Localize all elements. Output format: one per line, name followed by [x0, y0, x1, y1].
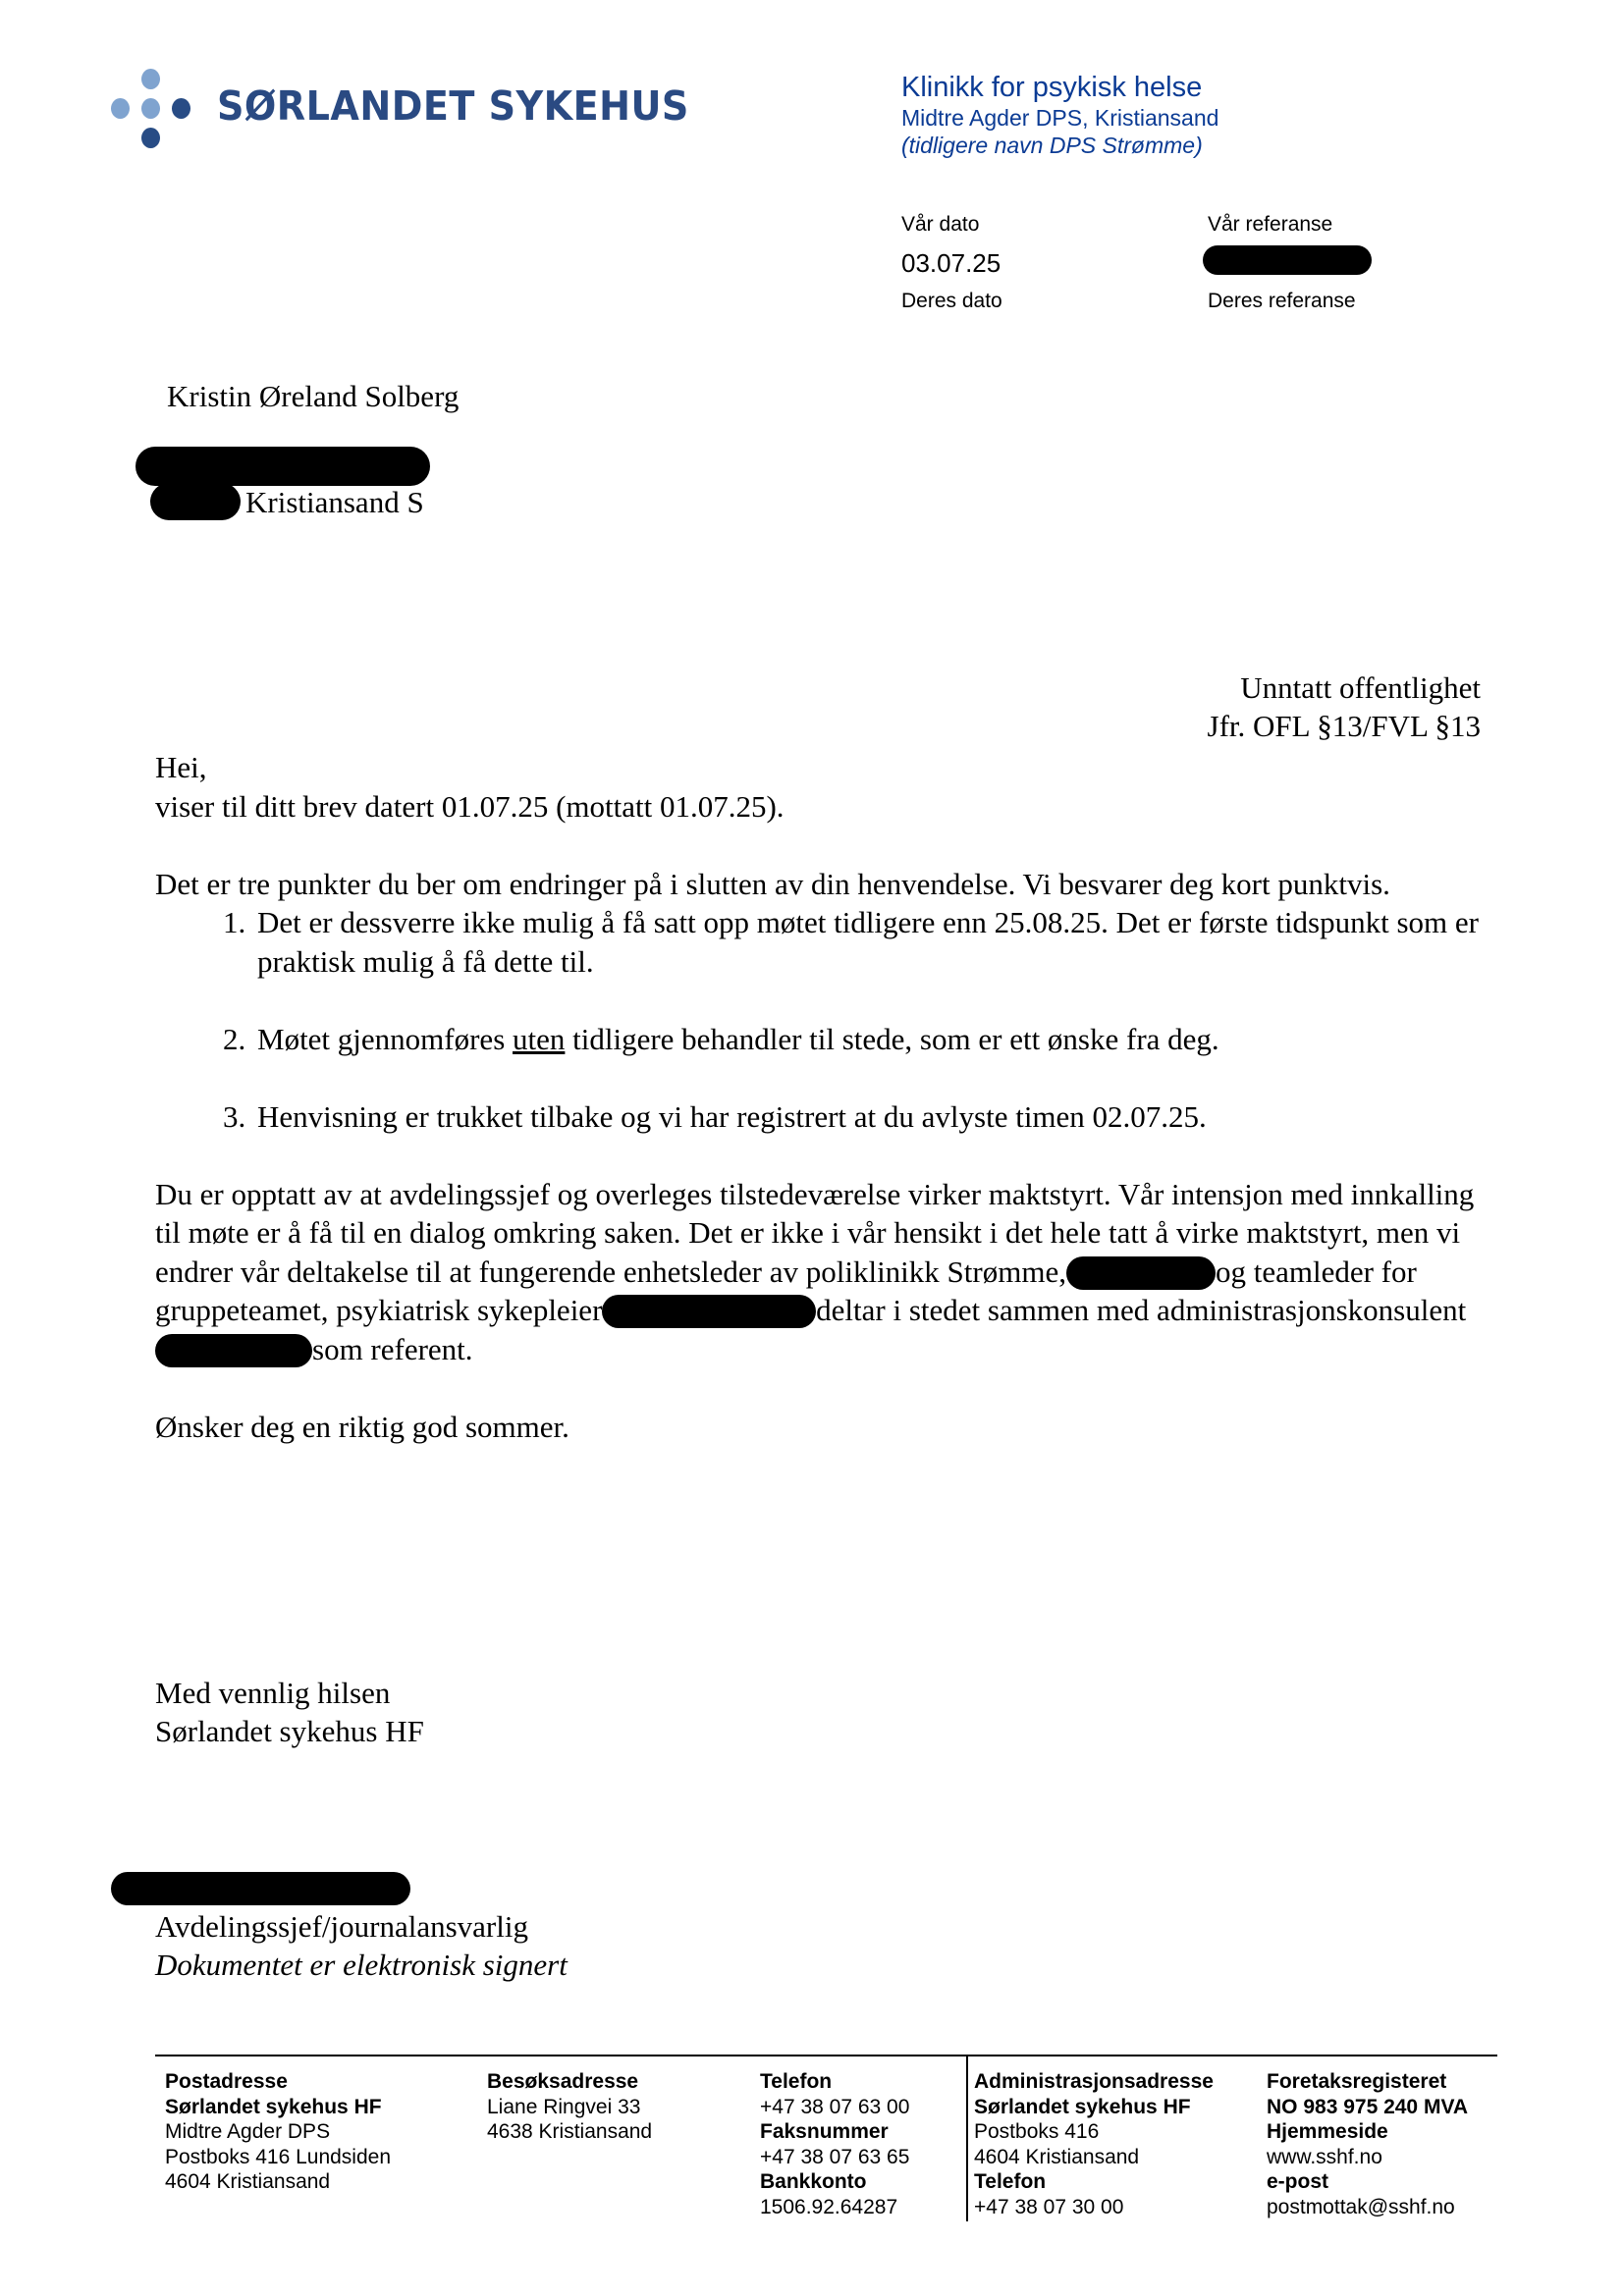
our-ref-redaction — [1203, 245, 1372, 275]
list-item: Det er dessverre ikke mulig å få satt op… — [253, 903, 1490, 981]
lead-text: Det er tre punkter du ber om endringer p… — [155, 865, 1490, 904]
list-item: Henvisning er trukket tilbake og vi har … — [253, 1097, 1490, 1137]
footer-visit-address: Besøksadresse Liane Ringvei 33 4638 Kris… — [487, 2069, 652, 2145]
name-redaction — [602, 1295, 816, 1328]
sender-org: Sørlandet sykehus HF — [155, 1714, 424, 1749]
former-name: (tidligere navn DPS Strømme) — [901, 132, 1218, 159]
classification-line1: Unntatt offentlighet — [1240, 670, 1481, 706]
points-list: Det er dessverre ikke mulig å få satt op… — [155, 903, 1490, 1136]
recipient-city: Kristiansand S — [245, 485, 424, 520]
participants-paragraph: Du er opptatt av at avdelingssjef og ove… — [155, 1175, 1490, 1369]
our-ref-label: Vår referanse — [1208, 213, 1332, 237]
recipient-name: Kristin Øreland Solberg — [167, 379, 459, 414]
list-item: Møtet gjennomføres uten tidligere behand… — [253, 1020, 1490, 1059]
our-date-label: Vår dato — [901, 213, 979, 237]
your-date-label: Deres dato — [901, 290, 1002, 313]
footer-postal-address: Postadresse Sørlandet sykehus HF Midtre … — [165, 2069, 391, 2195]
regards: Med vennlig hilsen — [155, 1676, 390, 1711]
footer-column-divider — [966, 2056, 968, 2221]
admin-phone-number[interactable]: +47 38 07 30 00 — [974, 2195, 1214, 2220]
signer-title: Avdelingssjef/journalansvarlig — [155, 1909, 528, 1945]
department-name: Midtre Agder DPS, Kristiansand — [901, 104, 1218, 132]
clinic-name: Klinikk for psykisk helse — [901, 71, 1218, 104]
logo-dot-icon — [141, 69, 160, 89]
hospital-logo: SØRLANDET SYKEHUS — [111, 69, 720, 162]
signer-name-redaction — [111, 1872, 410, 1905]
footer-divider — [155, 2055, 1497, 2056]
footer-admin-address: Administrasjonsadresse Sørlandet sykehus… — [974, 2069, 1214, 2219]
our-date: 03.07.25 — [901, 248, 1001, 279]
clinic-header: Klinikk for psykisk helse Midtre Agder D… — [901, 71, 1218, 159]
closing-wish: Ønsker deg en riktig god sommer. — [155, 1408, 1490, 1447]
signature-note: Dokumentet er elektronisk signert — [155, 1948, 568, 1983]
greeting: Hei, — [155, 748, 1490, 787]
footer-registry: Foretaksregisteret NO 983 975 240 MVA Hj… — [1267, 2069, 1468, 2219]
name-redaction — [155, 1334, 312, 1367]
footer-contact: Telefon +47 38 07 63 00 Faksnummer +47 3… — [760, 2069, 909, 2219]
logo-dot-icon — [141, 98, 160, 119]
your-ref-label: Deres referanse — [1208, 290, 1356, 313]
letter-body: Hei, viser til ditt brev datert 01.07.25… — [155, 748, 1490, 1446]
classification-line2: Jfr. OFL §13/FVL §13 — [1208, 709, 1481, 744]
logo-dot-icon — [172, 98, 190, 119]
logo-dot-icon — [111, 98, 130, 119]
recipient-address-redaction — [135, 447, 430, 486]
name-redaction — [1066, 1256, 1216, 1290]
logo-dot-icon — [141, 128, 160, 148]
phone-number[interactable]: +47 38 07 63 00 — [760, 2095, 909, 2120]
letter-page: SØRLANDET SYKEHUS Klinikk for psykisk he… — [0, 0, 1624, 2296]
website-link[interactable]: www.sshf.no — [1267, 2145, 1468, 2170]
recipient-postcode-redaction — [150, 483, 241, 520]
intro-text: viser til ditt brev datert 01.07.25 (mot… — [155, 787, 1490, 827]
logo-wordmark: SØRLANDET SYKEHUS — [217, 82, 689, 130]
emphasis-underline: uten — [513, 1022, 565, 1056]
email-link[interactable]: postmottak@sshf.no — [1267, 2195, 1468, 2220]
